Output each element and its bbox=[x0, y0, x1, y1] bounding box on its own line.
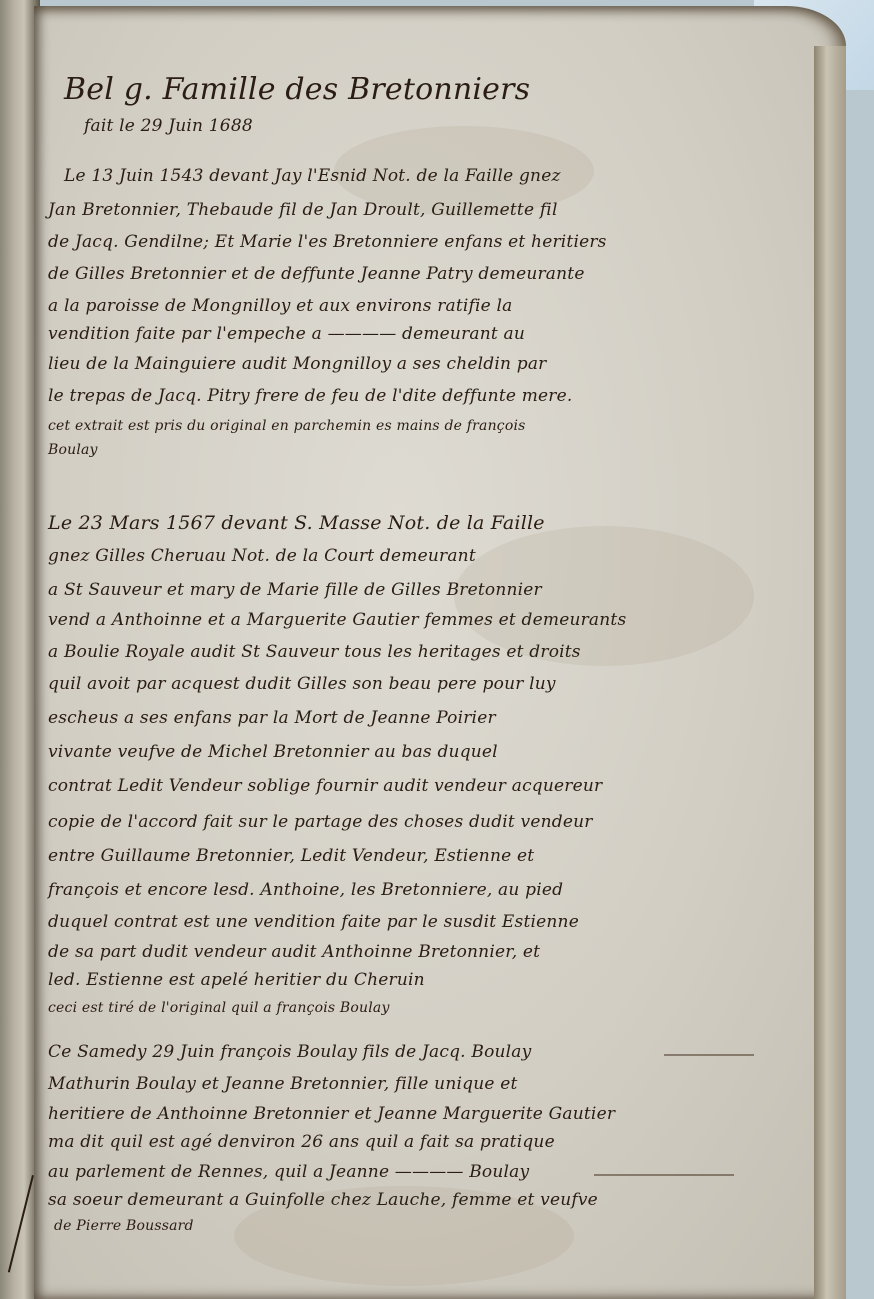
entry-line: quil avoit par acquest dudit Gilles son … bbox=[48, 674, 556, 694]
entry-line: Boulay bbox=[48, 442, 98, 458]
entry-line: cet extrait est pris du original en parc… bbox=[48, 418, 526, 434]
entry-line: vendition faite par l'empeche a ———— dem… bbox=[48, 324, 525, 344]
entry-line: Le 13 Juin 1543 devant Jay l'Esnid Not. … bbox=[64, 166, 561, 186]
entry-line: de Jacq. Gendilne; Et Marie l'es Bretonn… bbox=[48, 232, 607, 252]
entry-line: entre Guillaume Bretonnier, Ledit Vendeu… bbox=[48, 846, 534, 866]
entry-line: de Gilles Bretonnier et de deffunte Jean… bbox=[48, 264, 585, 284]
entry-line: copie de l'accord fait sur le partage de… bbox=[48, 812, 593, 832]
entry-line: a Boulie Royale audit St Sauveur tous le… bbox=[48, 642, 581, 662]
entry-line: contrat Ledit Vendeur soblige fournir au… bbox=[48, 776, 602, 796]
manuscript-page: Bel g. Famille des Bretonniers fait le 2… bbox=[34, 6, 846, 1299]
entry-line: au parlement de Rennes, quil a Jeanne ——… bbox=[48, 1162, 529, 1182]
strikethrough-mark bbox=[664, 1054, 754, 1056]
entry-line: de sa part dudit vendeur audit Anthoinne… bbox=[48, 942, 540, 962]
entry-line: gnez Gilles Cheruau Not. de la Court dem… bbox=[48, 546, 476, 566]
entry-line: Le 23 Mars 1567 devant S. Masse Not. de … bbox=[48, 512, 545, 534]
entry-line: Jan Bretonnier, Thebaude fil de Jan Drou… bbox=[48, 200, 558, 220]
entry-line: escheus a ses enfans par la Mort de Jean… bbox=[48, 708, 496, 728]
entry-line: heritiere de Anthoinne Bretonnier et Jea… bbox=[48, 1104, 615, 1124]
entry-line: vend a Anthoinne et a Marguerite Gautier… bbox=[48, 610, 626, 630]
entry-line: Mathurin Boulay et Jeanne Bretonnier, fi… bbox=[48, 1074, 518, 1094]
entry-line: lieu de la Mainguiere audit Mongnilloy a… bbox=[48, 354, 547, 374]
strikethrough-mark bbox=[594, 1174, 734, 1176]
entry-line: ceci est tiré de l'original quil a franç… bbox=[48, 1000, 390, 1016]
entry-line: françois et encore lesd. Anthoine, les B… bbox=[48, 880, 563, 900]
entry-line: a la paroisse de Mongnilloy et aux envir… bbox=[48, 296, 513, 316]
entry-line: Ce Samedy 29 Juin françois Boulay fils d… bbox=[48, 1042, 531, 1062]
page-title: Bel g. Famille des Bretonniers bbox=[64, 72, 530, 107]
entry-line: duquel contrat est une vendition faite p… bbox=[48, 912, 579, 932]
entry-line: sa soeur demeurant a Guinfolle chez Lauc… bbox=[48, 1190, 598, 1210]
entry-line: led. Estienne est apelé heritier du Cher… bbox=[48, 970, 425, 990]
entry-line: de Pierre Boussard bbox=[54, 1218, 194, 1234]
entry-line: le trepas de Jacq. Pitry frere de feu de… bbox=[48, 386, 573, 406]
page-subtitle: fait le 29 Juin 1688 bbox=[84, 116, 253, 136]
entry-line: a St Sauveur et mary de Marie fille de G… bbox=[48, 580, 542, 600]
entry-line: vivante veufve de Michel Bretonnier au b… bbox=[48, 742, 498, 762]
page-edge bbox=[814, 46, 846, 1299]
entry-line: ma dit quil est agé denviron 26 ans quil… bbox=[48, 1132, 555, 1152]
